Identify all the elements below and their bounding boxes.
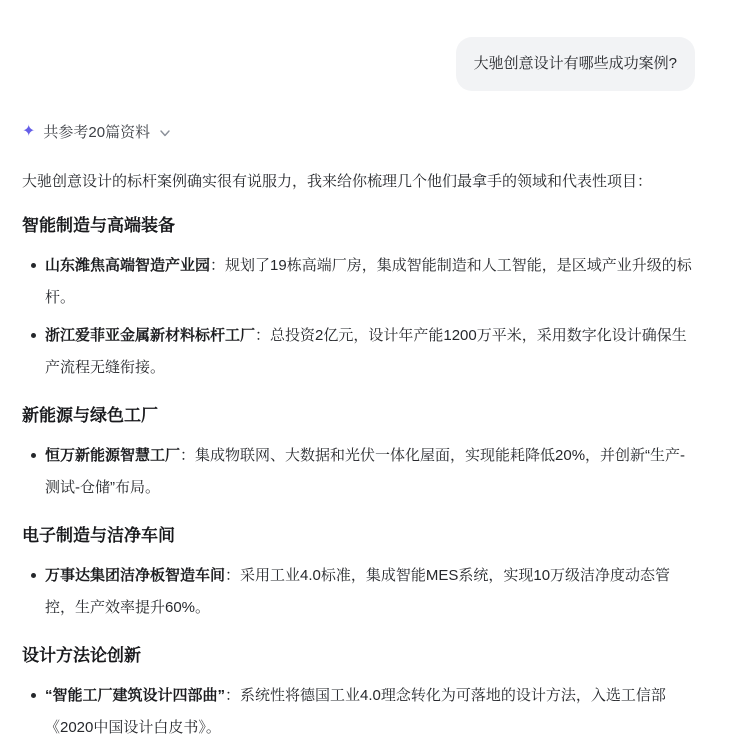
- sparkle-icon: ✦: [22, 124, 35, 140]
- bullet-marker: [31, 693, 36, 698]
- references-label: 共参考20篇资料: [43, 121, 150, 142]
- bullet-list: “智能工厂建筑设计四部曲”：系统性将德国工业4.0理念转化为可落地的设计方法，入…: [22, 680, 695, 744]
- bullet-title: 山东潍焦高端智造产业园: [45, 257, 210, 274]
- chevron-down-icon: [158, 126, 172, 140]
- bullet-marker: [31, 333, 36, 338]
- section-heading: 设计方法论创新: [22, 644, 695, 668]
- bullet-list: 山东潍焦高端智造产业园：规划了19栋高端厂房，集成智能制造和人工智能，是区域产业…: [22, 250, 695, 384]
- list-item: 万事达集团洁净板智造车间：采用工业4.0标准，集成智能MES系统，实现10万级洁…: [22, 560, 695, 624]
- section-heading: 电子制造与洁净车间: [22, 524, 695, 548]
- bullet-list: 恒万新能源智慧工厂：集成物联网、大数据和光伏一体化屋面，实现能耗降低20%，并创…: [22, 440, 695, 504]
- section-design-methodology: 设计方法论创新 “智能工厂建筑设计四部曲”：系统性将德国工业4.0理念转化为可落…: [22, 644, 695, 744]
- section-smart-manufacturing: 智能制造与高端装备 山东潍焦高端智造产业园：规划了19栋高端厂房，集成智能制造和…: [22, 214, 695, 384]
- user-message-row: 大驰创意设计有哪些成功案例?: [22, 37, 695, 91]
- bullet-title: “智能工厂建筑设计四部曲”: [45, 687, 225, 704]
- user-message-text: 大驰创意设计有哪些成功案例?: [474, 55, 677, 72]
- section-heading: 新能源与绿色工厂: [22, 404, 695, 428]
- bullet-marker: [31, 573, 36, 578]
- bullet-title: 恒万新能源智慧工厂: [45, 447, 180, 464]
- bullet-title: 浙江爱菲亚金属新材料标杆工厂: [45, 327, 255, 344]
- section-electronics: 电子制造与洁净车间 万事达集团洁净板智造车间：采用工业4.0标准，集成智能MES…: [22, 524, 695, 624]
- section-heading: 智能制造与高端装备: [22, 214, 695, 238]
- list-item: 浙江爱菲亚金属新材料标杆工厂：总投资2亿元，设计年产能1200万平米，采用数字化…: [22, 320, 695, 384]
- chat-page: 大驰创意设计有哪些成功案例? ✦ 共参考20篇资料 大驰创意设计的标杆案例确实很…: [0, 0, 750, 750]
- assistant-intro: 大驰创意设计的标杆案例确实很有说服力，我来给你梳理几个他们最拿手的领域和代表性项…: [22, 170, 695, 194]
- list-item: 恒万新能源智慧工厂：集成物联网、大数据和光伏一体化屋面，实现能耗降低20%，并创…: [22, 440, 695, 504]
- user-message-bubble: 大驰创意设计有哪些成功案例?: [456, 37, 695, 91]
- bullet-list: 万事达集团洁净板智造车间：采用工业4.0标准，集成智能MES系统，实现10万级洁…: [22, 560, 695, 624]
- list-item: 山东潍焦高端智造产业园：规划了19栋高端厂房，集成智能制造和人工智能，是区域产业…: [22, 250, 695, 314]
- bullet-marker: [31, 453, 36, 458]
- bullet-title: 万事达集团洁净板智造车间: [45, 567, 225, 584]
- section-new-energy: 新能源与绿色工厂 恒万新能源智慧工厂：集成物联网、大数据和光伏一体化屋面，实现能…: [22, 404, 695, 504]
- references-toggle[interactable]: ✦ 共参考20篇资料: [22, 121, 695, 142]
- list-item: “智能工厂建筑设计四部曲”：系统性将德国工业4.0理念转化为可落地的设计方法，入…: [22, 680, 695, 744]
- bullet-marker: [31, 263, 36, 268]
